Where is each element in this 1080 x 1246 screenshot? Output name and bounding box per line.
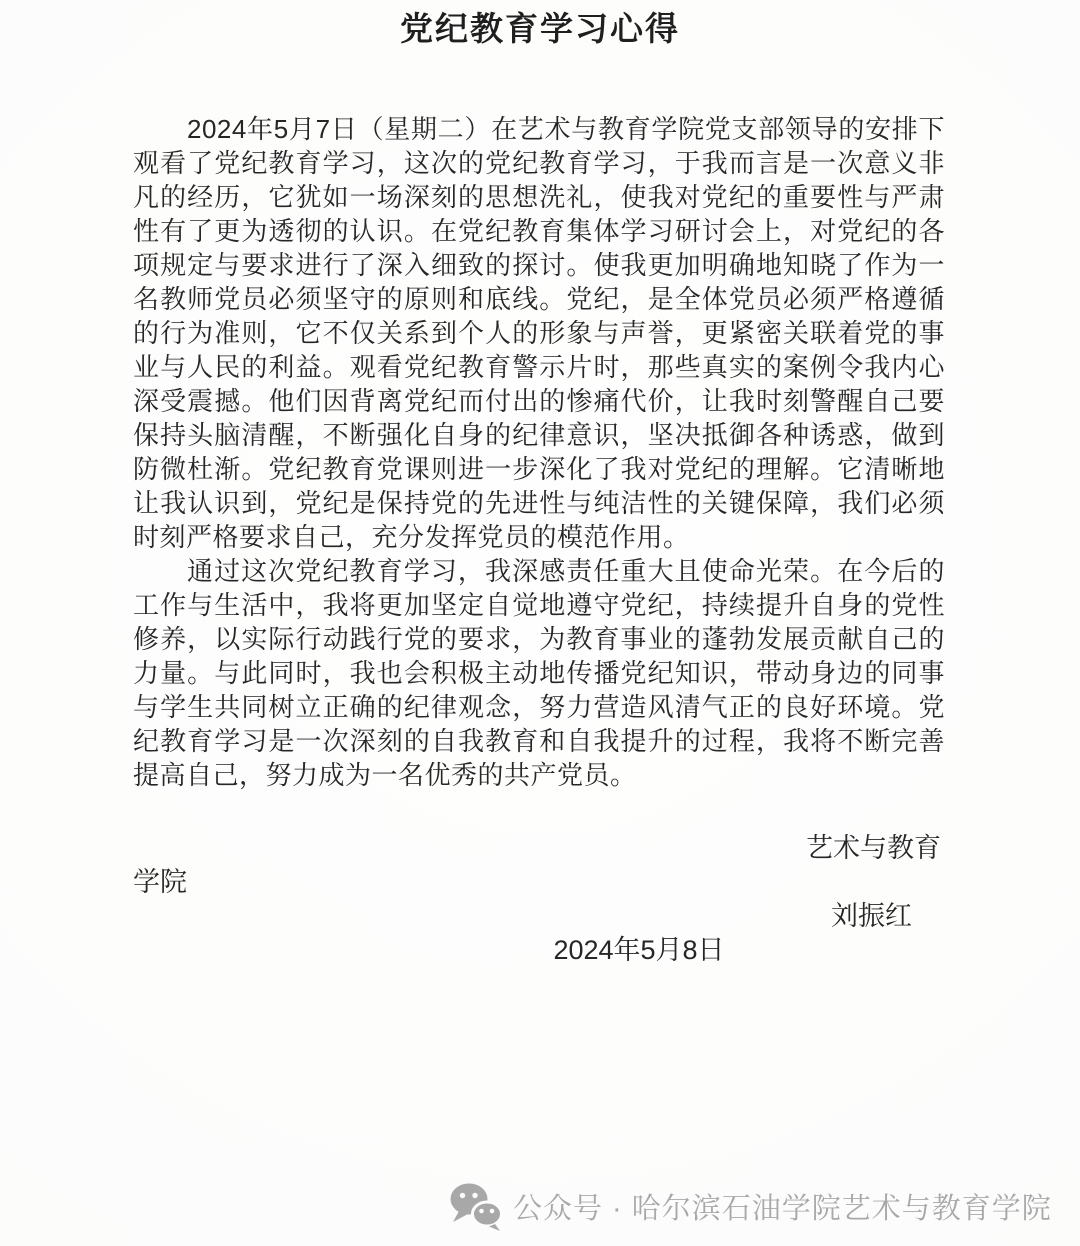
essay-line: 保持头脑清醒，不断强化自身的纪律意识，坚决抵御各种诱惑，做到 <box>133 418 945 452</box>
essay-line: 与学生共同树立正确的纪律观念，努力营造风清气正的良好环境。党 <box>133 690 945 724</box>
essay-line: 工作与生活中，我将更加坚定自觉地遵守党纪，持续提升自身的党性 <box>133 588 945 622</box>
essay-line: 深受震撼。他们因背离党纪而付出的惨痛代价，让我时刻警醒自己要 <box>133 384 945 418</box>
essay-line: 性有了更为透彻的认识。在党纪教育集体学习研讨会上，对党纪的各 <box>133 214 945 248</box>
signature-org-line1: 艺术与教育 <box>133 831 945 865</box>
essay-line: 力量。与此同时，我也会积极主动地传播党纪知识，带动身边的同事 <box>133 656 945 690</box>
essay-line: 观看了党纪教育学习，这次的党纪教育学习，于我而言是一次意义非 <box>133 146 945 180</box>
page-title: 党纪教育学习心得 <box>0 0 1080 50</box>
essay-line: 凡的经历，它犹如一场深刻的思想洗礼，使我对党纪的重要性与严肃 <box>133 180 945 214</box>
essay-line: 的行为准则，它不仅关系到个人的形象与声誉，更紧密关联着党的事 <box>133 316 945 350</box>
essay-body: 2024年5月7日（星期二）在艺术与教育学院党支部领导的安排下 观看了党纪教育学… <box>133 112 945 792</box>
paragraph-2: 通过这次党纪教育学习，我深感责任重大且使命光荣。在今后的 工作与生活中，我将更加… <box>133 554 945 792</box>
essay-line: 纪教育学习是一次深刻的自我教育和自我提升的过程，我将不断完善 <box>133 724 945 758</box>
essay-line: 2024年5月7日（星期二）在艺术与教育学院党支部领导的安排下 <box>133 112 945 146</box>
essay-line: 防微杜渐。党纪教育党课则进一步深化了我对党纪的理解。它清晰地 <box>133 452 945 486</box>
essay-line: 项规定与要求进行了深入细致的探讨。使我更加明确地知晓了作为一 <box>133 248 945 282</box>
signature-org-line2: 学院 <box>133 865 945 899</box>
wechat-account-label: 公众号 · 哈尔滨石油学院艺术与教育学院 <box>513 1186 1052 1227</box>
essay-line: 业与人民的利益。观看党纪教育警示片时，那些真实的案例令我内心 <box>133 350 945 384</box>
signature-name: 刘振红 <box>133 899 945 933</box>
essay-line: 通过这次党纪教育学习，我深感责任重大且使命光荣。在今后的 <box>133 554 945 588</box>
signature-date: 2024年5月8日 <box>133 933 945 967</box>
essay-line: 让我认识到，党纪是保持党的先进性与纯洁性的关键保障，我们必须 <box>133 486 945 520</box>
essay-line: 时刻严格要求自己，充分发挥党员的模范作用。 <box>133 520 945 554</box>
paragraph-1: 2024年5月7日（星期二）在艺术与教育学院党支部领导的安排下 观看了党纪教育学… <box>133 112 945 554</box>
document-page: 党纪教育学习心得 2024年5月7日（星期二）在艺术与教育学院党支部领导的安排下… <box>0 0 1080 1246</box>
signature-block: 艺术与教育 学院 刘振红 2024年5月8日 <box>133 831 945 967</box>
essay-line: 提高自己，努力成为一名优秀的共产党员。 <box>133 758 945 792</box>
essay-line: 修养，以实际行动践行党的要求，为教育事业的蓬勃发展贡献自己的 <box>133 622 945 656</box>
wechat-account-caption: 公众号 · 哈尔滨石油学院艺术与教育学院 <box>448 1180 1052 1232</box>
essay-line: 名教师党员必须坚守的原则和底线。党纪，是全体党员必须严格遵循 <box>133 282 945 316</box>
wechat-icon <box>448 1180 504 1232</box>
